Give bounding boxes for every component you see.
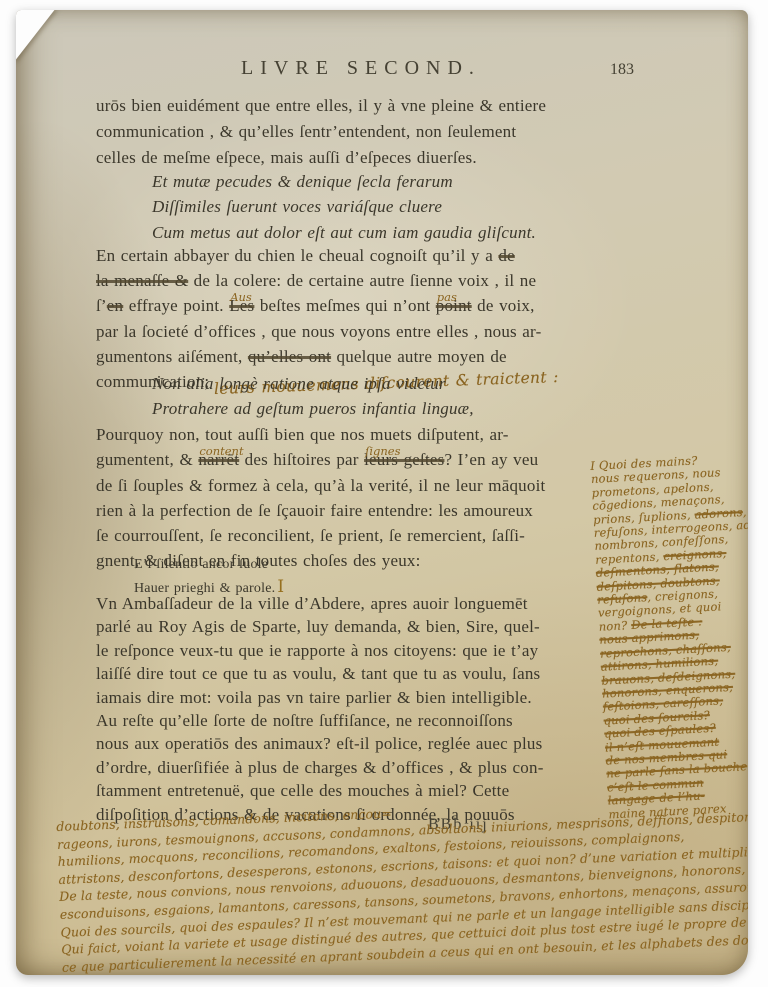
print-line: d’ordre, diuerſifiée à plus de charges &… — [96, 756, 641, 779]
verse-line: Cum metus aut dolor eſt aut cum iam gaud… — [152, 220, 697, 245]
struck-text: la menaſſe & — [96, 271, 188, 290]
paragraph-4: Vn Ambaſſadeur de la ville d’Abdere, apr… — [96, 592, 641, 826]
print-text: ? I’en ay veu — [444, 450, 538, 469]
print-line: rien à la perfection de ſe ſçauoir faire… — [96, 498, 641, 523]
print-line: celles de meſme eſpece, mais auſſi d’eſp… — [96, 145, 641, 171]
print-line: gumentent, & narrētcontent des hiſtoires… — [96, 447, 641, 472]
print-line: de ſi ſouples & formez à cela, qu’à la v… — [96, 473, 641, 498]
bottom-annotations: doubtons, instruisons, comandons, incito… — [56, 789, 748, 975]
struck-text: en — [107, 296, 123, 315]
print-line: urōs bien euidément que entre elles, il … — [96, 93, 641, 119]
print-text: effraye point. — [123, 296, 229, 315]
print-line: par la ſocieté d’offices , que nous voyo… — [96, 319, 641, 344]
print-text: gumentent, & — [96, 450, 198, 469]
running-header: LIVRE SECOND. — [96, 57, 626, 80]
print-line: ſ’en effraye point. LesAus beſtes meſmes… — [96, 293, 641, 318]
interlinear-correction: ſignes — [365, 439, 400, 464]
print-text: gumentons aiſément, — [96, 347, 248, 366]
print-line: iamais dire mot: voila pas vn taire parl… — [96, 686, 641, 709]
interlinear-correction: Aus — [230, 285, 252, 310]
print-line: communication , & qu’elles ſentr’entende… — [96, 119, 641, 145]
interlinear-correction: content — [199, 439, 243, 464]
print-line: le reſponce veux-tu que ie rapporte à no… — [96, 639, 641, 662]
latin-verse-2: Non alia longè ratione atque ipſa videtu… — [96, 371, 697, 422]
print-line: En certain abbayer du chien le cheual co… — [96, 243, 641, 268]
print-text: quelque autre moyen de — [331, 347, 507, 366]
print-line: laiſſé dire tout ce que tu as voulu, & t… — [96, 662, 641, 685]
print-line: gumentons aiſément, qu’elles ont quelque… — [96, 344, 641, 369]
page-number: 183 — [610, 61, 634, 79]
print-text: de voix, — [472, 296, 535, 315]
interlinear-correction: pas — [437, 285, 457, 310]
struck-text: qu’elles ont — [248, 347, 331, 366]
torn-corner — [16, 10, 56, 62]
print-text: des hiſtoires par — [239, 450, 364, 469]
struck-text: de — [498, 246, 514, 265]
print-line: ſe courrouſſent, ſe reconcilient, ſe pri… — [96, 523, 641, 548]
print-line: Au reſte qu’elle ſorte de noſtre ſuffiſa… — [96, 709, 641, 732]
print-line: nous aux operatiōs des animaux? eſt-il p… — [96, 732, 641, 755]
paragraph-3: Pourquoy non, tout auſſi bien que nos mu… — [96, 422, 641, 574]
print-line: Vn Ambaſſadeur de la ville d’Abdere, apr… — [96, 592, 641, 615]
verse-line: Et mutæ pecudes & denique ſecla ferarum — [152, 169, 697, 194]
verse-line: Protrahere ad geſtum pueros infantia lin… — [152, 396, 697, 421]
print-text: ſ’ — [96, 296, 107, 315]
print-text: beſtes meſmes qui n’ont — [254, 296, 435, 315]
paragraph-1: urōs bien euidément que entre elles, il … — [96, 93, 641, 170]
verse-line: Diſſimiles ſuerunt voces variáſque cluer… — [152, 194, 697, 219]
print-text: En certain abbayer du chien le cheual co… — [96, 246, 498, 265]
print-line: la menaſſe & de la colere: de certaine a… — [96, 268, 641, 293]
margin-annotations: I Quoi des mains?nous requerons, nouspro… — [590, 450, 748, 822]
verse-line: Non alia longè ratione atque ipſa videtu… — [152, 371, 697, 396]
hand-text: , niōs, — [742, 503, 748, 519]
print-line: parlé au Roy Agis de Sparte, luy demanda… — [96, 615, 641, 638]
latin-verse-1: Et mutæ pecudes & denique ſecla ferarum … — [96, 169, 697, 245]
book-page: LIVRE SECOND. 183 urōs bien euidément qu… — [16, 10, 748, 975]
